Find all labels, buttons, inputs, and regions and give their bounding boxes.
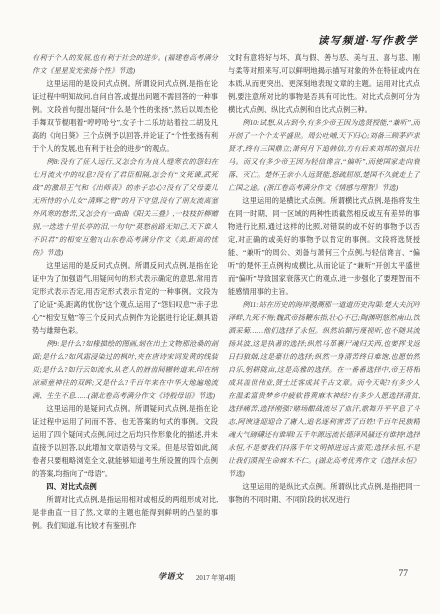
- analysis-paragraph: 所谓对比式点例,是指运用相对或相反的两组形成对比,是非曲直一目了然,文章的主题也…: [32, 494, 218, 533]
- journal-issue: 2017 年第4期: [196, 572, 235, 582]
- example-10-paragraph: 例10:试想,从古到今,有多少帝王因为选贤授能,“兼听”,而开创了一个个太平盛世…: [228, 117, 420, 195]
- running-head: 读写频道·写作教学: [318, 33, 418, 48]
- analysis-continuation: 文时有意将好与坏、真与假、善与恶、美与丑、喜与悲、刚与柔等对照来写,可以鲜明地揭…: [228, 52, 420, 117]
- analysis-paragraph: 这里运用的是横比式点例。所谓横比式点例,是指将发生在同一时期、同一区域的两种性质…: [228, 195, 420, 299]
- quote-continuation: 有利于个人的发展,也有利于社会的进步。(福建卷高考满分作文《星星发光张扬个性》节…: [32, 52, 218, 78]
- example-8-paragraph: 例8:没有了征人远行,又怎会有为良人缝寒衣的怨妇在七月流火中的叹息?没有了君臣相…: [32, 156, 218, 260]
- page-number: 77: [399, 569, 409, 579]
- analysis-paragraph: 这里运用的是纵比式点例。所谓纵比式点例,是指把同一事物的不同时期、不同阶段的状况…: [228, 481, 420, 507]
- section-heading: 四、对比式点例: [32, 481, 218, 494]
- analysis-paragraph: 这里运用的是设问式点例。所谓设问式点例,是指在论证过程中明知故问,自问自答,或提…: [32, 78, 218, 156]
- example-11-paragraph: 例11:站在历史的海岸漫溯那一道道历史沟渠:楚大夫沉吟泽畔,九死不悔;魏武帝扬鞭…: [228, 299, 420, 481]
- journal-title: 学语文: [158, 571, 184, 582]
- left-column: 有利于个人的发展,也有利于社会的进步。(福建卷高考满分作文《星星发光张扬个性》节…: [32, 52, 218, 568]
- journal-page: 读写频道·写作教学 有利于个人的发展,也有利于社会的进步。(福建卷高考满分作文《…: [0, 0, 440, 614]
- analysis-paragraph: 这里运用的是疑问式点例。所谓疑问式点例,是指在论证过程中运用了问而不答、也无答案…: [32, 403, 218, 481]
- example-9-paragraph: 例9:是什么?如椽描绘的图画,刻在出土文物那沧桑的剖面;是什么?如风霜浸染过的枫…: [32, 338, 218, 403]
- text-columns: 有利于个人的发展,也有利于社会的进步。(福建卷高考满分作文《星星发光张扬个性》节…: [32, 52, 420, 568]
- right-column: 文时有意将好与坏、真与假、善与恶、美与丑、喜与悲、刚与柔等对照来写,可以鲜明地揭…: [228, 52, 420, 568]
- page-footer: 学语文 2017 年第4期 77: [0, 571, 440, 587]
- analysis-paragraph: 这里运用的是反问式点例。所谓反问式点例,是指在论证中为了加强语气,用疑问句的形式…: [32, 260, 218, 338]
